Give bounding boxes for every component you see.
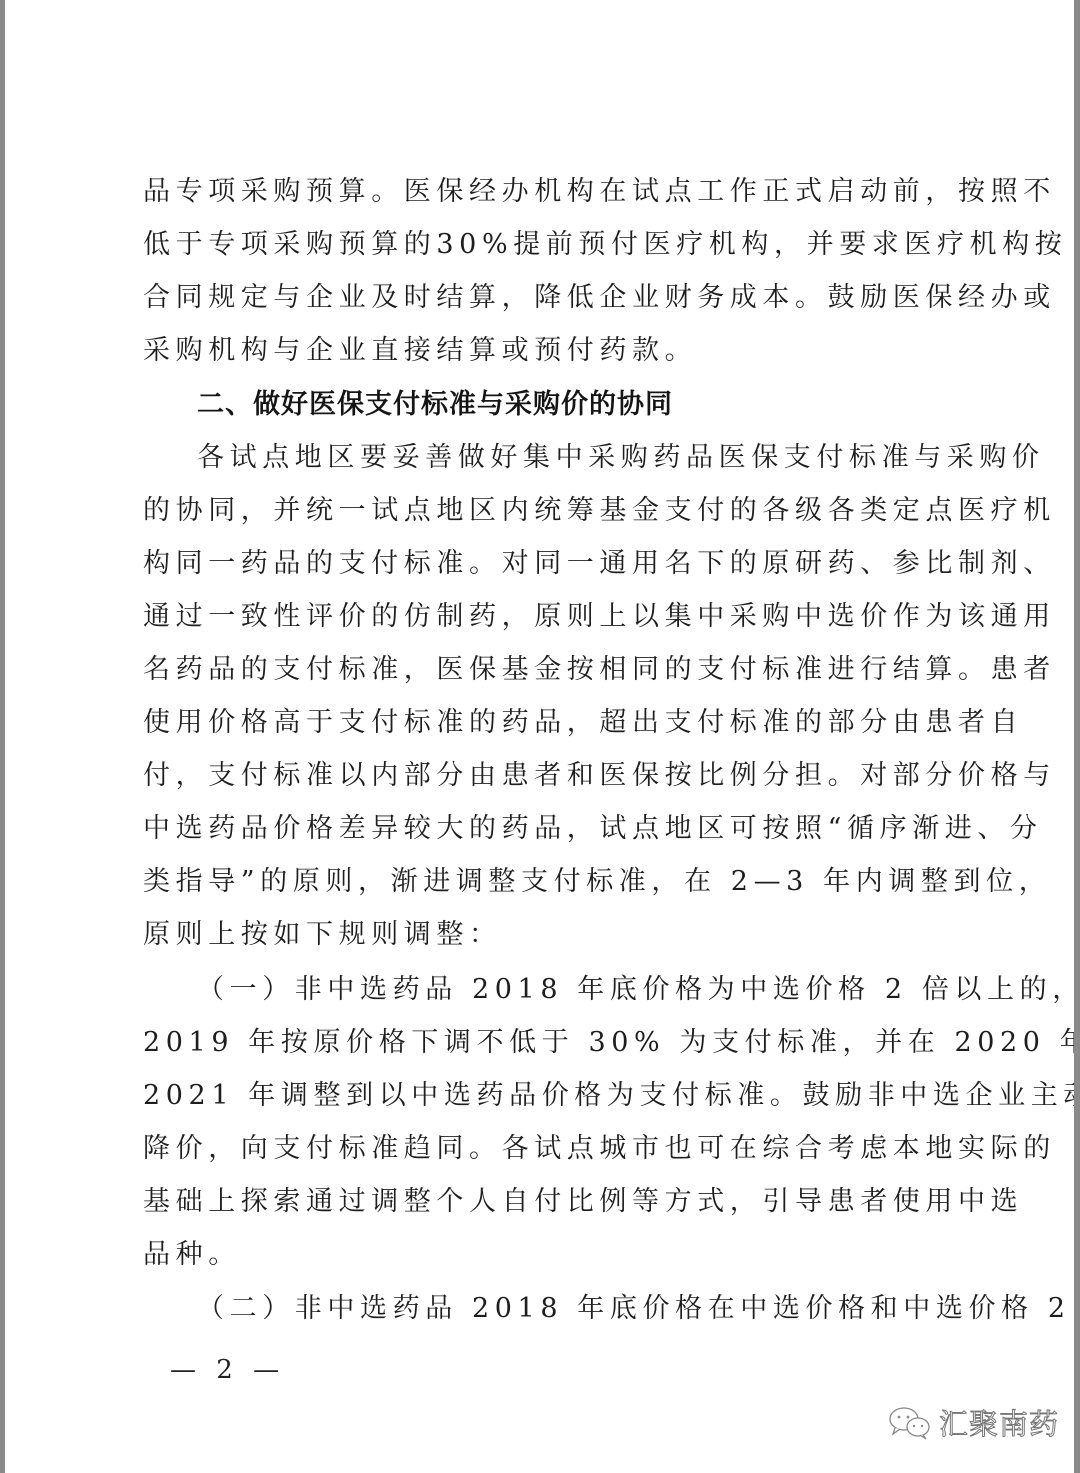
paragraph-3-line-3: 2021 年调整到以中选药品价格为支付标准。鼓励非中选企业主动	[143, 1079, 941, 1113]
paragraph-2-line-1: 各试点地区要妥善做好集中采购药品医保支付标准与采购价	[197, 441, 941, 475]
paragraph-2-line-2: 的协同，并统一试点地区内统筹基金支付的各级各类定点医疗机	[143, 494, 941, 528]
page-number: — 2 —	[170, 1353, 285, 1387]
paragraph-3-line-4: 降价，向支付标准趋同。各试点城市也可在综合考虑本地实际的	[143, 1132, 941, 1166]
paragraph-3-line-2: 2019 年按原价格下调不低于 30% 为支付标准，并在 2020 年或	[143, 1026, 941, 1060]
paragraph-2-line-3: 构同一药品的支付标准。对同一通用名下的原研药、参比制剂、	[143, 547, 941, 581]
paragraph-1-line-2: 低于专项采购预算的30%提前预付医疗机构，并要求医疗机构按	[143, 228, 941, 262]
paragraph-2-line-8: 中选药品价格差异较大的药品，试点地区可按照“循序渐进、分	[143, 812, 941, 846]
paragraph-1-line-1: 品专项采购预算。医保经办机构在试点工作正式启动前，按照不	[143, 175, 941, 209]
paragraph-2-line-5: 名药品的支付标准，医保基金按相同的支付标准进行结算。患者	[143, 653, 941, 687]
watermark: 汇聚南药	[887, 1402, 1059, 1443]
document-page: 品专项采购预算。医保经办机构在试点工作正式启动前，按照不 低于专项采购预算的30…	[5, 0, 1074, 1473]
paragraph-2-line-4: 通过一致性评价的仿制药，原则上以集中采购中选价作为该通用	[143, 600, 941, 634]
paragraph-3-line-1: （一）非中选药品 2018 年底价格为中选价格 2 倍以上的，	[197, 973, 941, 1007]
paragraph-2-line-6: 使用价格高于支付标准的药品，超出支付标准的部分由患者自	[143, 706, 941, 740]
paragraph-3-line-5: 基础上探索通过调整个人自付比例等方式，引导患者使用中选	[143, 1185, 941, 1219]
scan-edge-right	[1074, 0, 1080, 1473]
watermark-text: 汇聚南药	[939, 1402, 1059, 1443]
section-heading: 二、做好医保支付标准与采购价的协同	[197, 388, 673, 422]
paragraph-2-line-10: 原则上按如下规则调整：	[143, 918, 941, 952]
paragraph-1-line-3: 合同规定与企业及时结算，降低企业财务成本。鼓励医保经办或	[143, 281, 941, 315]
paragraph-2-line-7: 付，支付标准以内部分由患者和医保按比例分担。对部分价格与	[143, 759, 941, 793]
paragraph-1-line-4: 采购机构与企业直接结算或预付药款。	[143, 334, 941, 368]
wechat-icon	[887, 1405, 933, 1441]
paragraph-3-line-6: 品种。	[143, 1238, 941, 1272]
paragraph-4-line-1: （二）非中选药品 2018 年底价格在中选价格和中选价格 2 倍	[197, 1292, 941, 1326]
paragraph-2-line-9: 类指导”的原则，渐进调整支付标准，在 2—3 年内调整到位，	[143, 865, 941, 899]
